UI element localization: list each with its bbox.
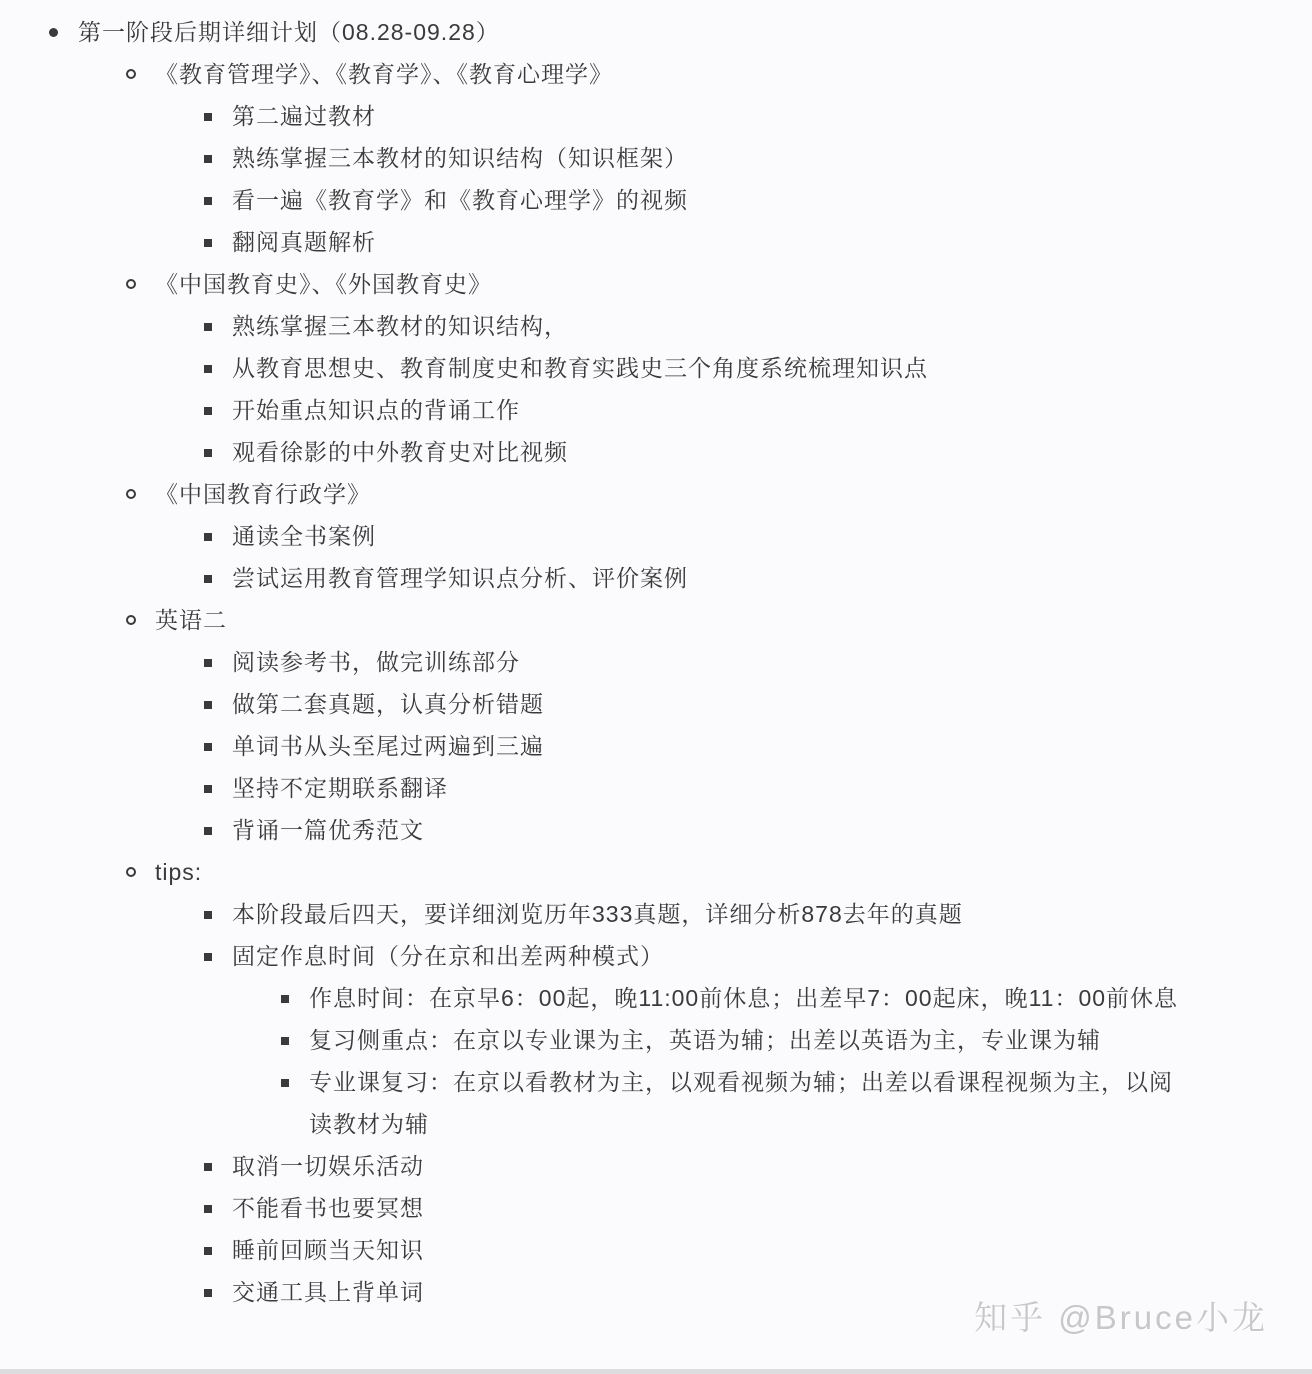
bullet-square-icon [204, 659, 212, 667]
plan-item: 不能看书也要冥想 [232, 1187, 424, 1229]
list-item: 开始重点知识点的背诵工作 [202, 389, 1268, 431]
plan-item: 做第二套真题，认真分析错题 [232, 683, 544, 725]
bullet-square-icon [204, 953, 212, 961]
list-item-schedule: 固定作息时间（分在京和出差两种模式） 作息时间：在京早6：00起，晚11:00前… [202, 935, 1268, 1145]
bullet-square-icon [204, 911, 212, 919]
list-item: 尝试运用教育管理学知识点分析、评价案例 [202, 557, 1268, 599]
bullet-square-icon [204, 449, 212, 457]
plan-item: 复习侧重点：在京以专业课为主，英语为辅；出差以英语为主，专业课为辅 [309, 1019, 1101, 1061]
section-label: 《教育管理学》、《教育学》、《教育心理学》 [155, 53, 613, 95]
plan-item: 翻阅真题解析 [232, 221, 376, 263]
bullet-square-icon [204, 197, 212, 205]
bullet-square-icon [204, 1205, 212, 1213]
plan-item: 专业课复习：在京以看教材为主，以观看视频为辅；出差以看课程视频为主，以阅读教材为… [309, 1061, 1184, 1145]
list-item: 看一遍《教育学》和《教育心理学》的视频 [202, 179, 1268, 221]
list-item: 阅读参考书，做完训练部分 [202, 641, 1268, 683]
plan-item: 固定作息时间（分在京和出差两种模式） [232, 935, 664, 977]
bullet-square-icon [204, 407, 212, 415]
list-item: 做第二套真题，认真分析错题 [202, 683, 1268, 725]
plan-item: 从教育思想史、教育制度史和教育实践史三个角度系统梳理知识点 [232, 347, 928, 389]
bullet-square-icon [204, 155, 212, 163]
plan-item: 坚持不定期联系翻译 [232, 767, 448, 809]
item-list: 本阶段最后四天，要详细浏览历年333真题，详细分析878去年的真题 固定作息时间… [202, 893, 1268, 1313]
plan-item: 看一遍《教育学》和《教育心理学》的视频 [232, 179, 688, 221]
bullet-circle-icon [126, 69, 136, 79]
plan-item: 熟练掌握三本教材的知识结构（知识框架） [232, 137, 688, 179]
plan-title: 第一阶段后期详细计划（08.28-09.28） [78, 11, 500, 53]
plan-item: 取消一切娱乐活动 [232, 1145, 424, 1187]
study-plan-outline: 第一阶段后期详细计划（08.28-09.28） 《教育管理学》、《教育学》、《教… [0, 11, 1312, 1313]
bullet-square-icon [204, 1247, 212, 1255]
plan-item: 熟练掌握三本教材的知识结构， [232, 305, 568, 347]
plan-item: 作息时间：在京早6：00起，晚11:00前休息；出差早7：00起床，晚11：00… [309, 977, 1178, 1019]
list-item: 取消一切娱乐活动 [202, 1145, 1268, 1187]
bullet-square-icon [204, 323, 212, 331]
list-item: 熟练掌握三本教材的知识结构， [202, 305, 1268, 347]
section-english: 英语二 阅读参考书，做完训练部分 做第二套真题，认真分析错题 单词书从头至 [125, 599, 1268, 851]
section-edu-administration: 《中国教育行政学》 通读全书案例 尝试运用教育管理学知识点分析、评价案例 [125, 473, 1268, 599]
outline-root-list: 第一阶段后期详细计划（08.28-09.28） 《教育管理学》、《教育学》、《教… [48, 11, 1268, 1313]
plan-item: 通读全书案例 [232, 515, 376, 557]
list-item: 熟练掌握三本教材的知识结构（知识框架） [202, 137, 1268, 179]
plan-item: 第二遍过教材 [232, 95, 376, 137]
plan-item: 睡前回顾当天知识 [232, 1229, 424, 1271]
bullet-square-icon [281, 995, 289, 1003]
sub-item-list: 作息时间：在京早6：00起，晚11:00前休息；出差早7：00起床，晚11：00… [279, 977, 1268, 1145]
bullet-square-icon [204, 1289, 212, 1297]
section-list: 《教育管理学》、《教育学》、《教育心理学》 第二遍过教材 熟练掌握三本教材的知识… [125, 53, 1268, 1313]
list-item: 第二遍过教材 [202, 95, 1268, 137]
bullet-square-icon [204, 239, 212, 247]
bullet-square-icon [204, 365, 212, 373]
plan-item: 观看徐影的中外教育史对比视频 [232, 431, 568, 473]
list-item: 专业课复习：在京以看教材为主，以观看视频为辅；出差以看课程视频为主，以阅读教材为… [279, 1061, 1268, 1145]
list-item: 不能看书也要冥想 [202, 1187, 1268, 1229]
bullet-circle-icon [126, 279, 136, 289]
zhihu-watermark: 知乎 @Bruce小龙 [974, 1296, 1268, 1340]
bullet-circle-icon [126, 615, 136, 625]
list-item: 睡前回顾当天知识 [202, 1229, 1268, 1271]
section-label: tips: [155, 851, 202, 893]
list-item: 作息时间：在京早6：00起，晚11:00前休息；出差早7：00起床，晚11：00… [279, 977, 1268, 1019]
bullet-square-icon [204, 743, 212, 751]
section-tips: tips: 本阶段最后四天，要详细浏览历年333真题，详细分析878去年的真题 … [125, 851, 1268, 1313]
item-list: 通读全书案例 尝试运用教育管理学知识点分析、评价案例 [202, 515, 1268, 599]
plan-title-item: 第一阶段后期详细计划（08.28-09.28） 《教育管理学》、《教育学》、《教… [48, 11, 1268, 1313]
bullet-square-icon [204, 701, 212, 709]
plan-item: 尝试运用教育管理学知识点分析、评价案例 [232, 557, 688, 599]
bullet-square-icon [281, 1079, 289, 1087]
plan-item: 本阶段最后四天，要详细浏览历年333真题，详细分析878去年的真题 [232, 893, 963, 935]
bullet-square-icon [204, 785, 212, 793]
section-label: 英语二 [155, 599, 227, 641]
list-item: 通读全书案例 [202, 515, 1268, 557]
bullet-square-icon [204, 533, 212, 541]
list-item: 坚持不定期联系翻译 [202, 767, 1268, 809]
bullet-circle-icon [126, 867, 136, 877]
bullet-square-icon [204, 827, 212, 835]
section-label: 《中国教育行政学》 [155, 473, 371, 515]
list-item: 复习侧重点：在京以专业课为主，英语为辅；出差以英语为主，专业课为辅 [279, 1019, 1268, 1061]
list-item: 单词书从头至尾过两遍到三遍 [202, 725, 1268, 767]
section-edu-management: 《教育管理学》、《教育学》、《教育心理学》 第二遍过教材 熟练掌握三本教材的知识… [125, 53, 1268, 263]
section-edu-history: 《中国教育史》、《外国教育史》 熟练掌握三本教材的知识结构， 从教育思想史、教育… [125, 263, 1268, 473]
bullet-square-icon [281, 1037, 289, 1045]
list-item: 观看徐影的中外教育史对比视频 [202, 431, 1268, 473]
plan-item: 开始重点知识点的背诵工作 [232, 389, 520, 431]
section-label: 《中国教育史》、《外国教育史》 [155, 263, 492, 305]
plan-item: 交通工具上背单词 [232, 1271, 424, 1313]
list-item: 翻阅真题解析 [202, 221, 1268, 263]
bullet-circle-icon [126, 489, 136, 499]
list-item: 从教育思想史、教育制度史和教育实践史三个角度系统梳理知识点 [202, 347, 1268, 389]
item-list: 阅读参考书，做完训练部分 做第二套真题，认真分析错题 单词书从头至尾过两遍到三遍 [202, 641, 1268, 851]
bullet-square-icon [204, 1163, 212, 1171]
list-item: 本阶段最后四天，要详细浏览历年333真题，详细分析878去年的真题 [202, 893, 1268, 935]
bullet-square-icon [204, 575, 212, 583]
bullet-disc-icon [49, 28, 58, 37]
bottom-edge-divider [0, 1369, 1312, 1374]
list-item: 背诵一篇优秀范文 [202, 809, 1268, 851]
plan-item: 背诵一篇优秀范文 [232, 809, 424, 851]
plan-item: 阅读参考书，做完训练部分 [232, 641, 520, 683]
item-list: 第二遍过教材 熟练掌握三本教材的知识结构（知识框架） 看一遍《教育学》和《教育心… [202, 95, 1268, 263]
item-list: 熟练掌握三本教材的知识结构， 从教育思想史、教育制度史和教育实践史三个角度系统梳… [202, 305, 1268, 473]
bullet-square-icon [204, 113, 212, 121]
plan-item: 单词书从头至尾过两遍到三遍 [232, 725, 544, 767]
